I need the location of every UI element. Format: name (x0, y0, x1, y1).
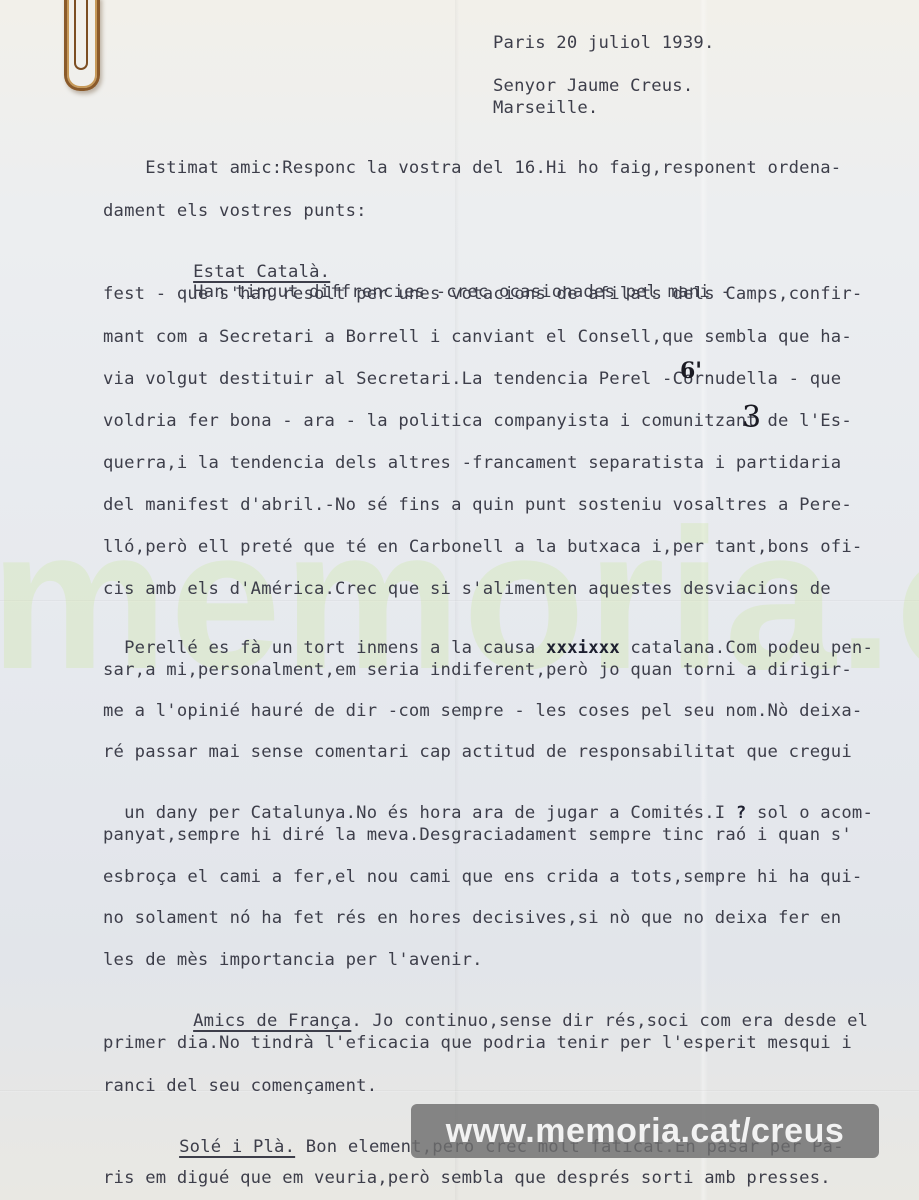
body-line: ré passar mai sense comentari cap actitu… (103, 742, 852, 762)
body-line: ris em digué que em veuria,però sembla q… (103, 1168, 831, 1188)
body-line: cis amb els d'América.Crec que si s'alim… (103, 579, 831, 599)
recipient-city: Marseille. (493, 98, 598, 118)
body-line: me a l'opinié hauré de dir -com sempre -… (103, 701, 862, 721)
letter-date: Paris 20 juliol 1939. (493, 33, 715, 53)
body-line: no solament nó ha fet rés en hores decis… (103, 908, 841, 928)
body-line: querra,i la tendencia dels altres -franc… (103, 453, 841, 473)
body-line: del manifest d'abril.-No sé fins a quin … (103, 495, 852, 515)
body-line: dament els vostres punts: (103, 201, 367, 221)
body-line: voldria fer bona - ara - la politica com… (103, 411, 852, 431)
body-line: ranci del seu començament. (103, 1076, 377, 1096)
body-line: primer dia.No tindrà l'eficacia que podr… (103, 1033, 852, 1053)
recipient-name: Senyor Jaume Creus. (493, 76, 693, 96)
section-heading-sole-i-pla: Solé i Plà. (179, 1137, 295, 1157)
paper-fold-crease (0, 600, 919, 602)
overstruck-character: ? (736, 803, 747, 823)
section-heading-estat-catala: Estat Català. (193, 262, 330, 282)
paperclip-inner-wire (74, 0, 88, 70)
body-line: Perellé es fà un tort inmens a la causa … (103, 618, 873, 658)
body-line: Amics de França. Jo continuo,sense dir r… (172, 991, 868, 1031)
body-line-text: Perellé es fà un tort inmens a la causa (124, 638, 546, 658)
body-line: esbroça el cami a fer,el nou cami que en… (103, 867, 862, 887)
body-line: les de mès importancia per l'avenir. (103, 950, 483, 970)
handwritten-mark-3: 3 (742, 400, 761, 435)
body-line-text: catalana.Com podeu pen- (620, 638, 873, 658)
section-heading-amics-de-franca: Amics de França (193, 1011, 351, 1031)
watermark-url-badge: www.memoria.cat/creus (411, 1104, 879, 1158)
body-line: lló,però ell preté que té en Carbonell a… (103, 537, 862, 557)
body-line: un dany per Catalunya.No és hora ara de … (103, 783, 873, 823)
body-line-text: un dany per Catalunya.No és hora ara de … (124, 803, 736, 823)
body-line: via volgut destituir al Secretari.La ten… (103, 369, 841, 389)
body-line-text: . Jo continuo,sense dir rés,soci com era… (351, 1011, 868, 1031)
body-line: fest - que s'han resolt per unes votacio… (103, 284, 862, 304)
body-line-text: sol o acom- (746, 803, 873, 823)
body-line: panyat,sempre hi diré la meva.Desgraciad… (103, 825, 852, 845)
body-line: sar,a mi,personalment,em seria indiferen… (103, 660, 852, 680)
body-line: Estimat amic:Responc la vostra del 16.Hi… (103, 158, 841, 178)
struck-out-word: xxxixxx (546, 638, 620, 658)
handwritten-mark-6: 6' (680, 358, 702, 384)
body-line: mant com a Secretari a Borrell i canvian… (103, 327, 852, 347)
